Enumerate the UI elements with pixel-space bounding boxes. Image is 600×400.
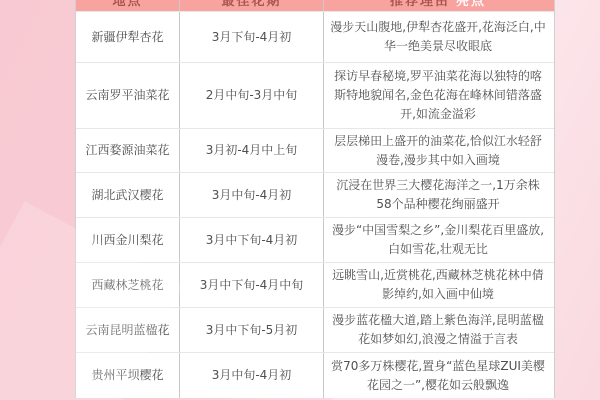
cell-period: 3月中下旬-4月中旬: [180, 263, 324, 307]
table-header-row: 地点 最佳花期 推荐理由 亮点: [76, 0, 554, 11]
cell-period: 3月初-4月中上旬: [180, 129, 324, 172]
cell-period: 3月下旬-4月初: [180, 12, 324, 62]
table-row: 新疆伊犁杏花 3月下旬-4月初 漫步天山腹地,伊犁杏花盛开,花海泛白,中华一绝美…: [76, 11, 554, 62]
flower-viewing-table: 地点 最佳花期 推荐理由 亮点 新疆伊犁杏花 3月下旬-4月初 漫步天山腹地,伊…: [75, 0, 555, 398]
cell-period: 3月中下旬-5月初: [180, 308, 324, 352]
cell-description: 漫步天山腹地,伊犁杏花盛开,花海泛白,中华一绝美景尽收眼底: [324, 12, 552, 62]
header-highlights-accent: 亮点: [456, 0, 486, 9]
cell-period: 3月中下旬-4月初: [180, 218, 324, 262]
table-row: 云南昆明蓝楹花 3月中下旬-5月初 漫步蓝花楹大道,踏上紫色海洋,昆明蓝楹花如梦…: [76, 307, 554, 352]
header-highlights-label: 推荐理由: [390, 0, 450, 9]
cell-location: 云南昆明蓝楹花: [76, 308, 180, 352]
cell-description: 漫步“中国雪梨之乡”,金川梨花百里盛放,白如雪花,壮观无比: [324, 218, 552, 262]
cell-location: 西藏林芝桃花: [76, 263, 180, 307]
cell-description: 层层梯田上盛开的油菜花,恰似江水轻舒漫卷,漫步其中如入画境: [324, 129, 552, 172]
header-best-period: 最佳花期: [180, 0, 324, 11]
cell-location: 新疆伊犁杏花: [76, 12, 180, 62]
cell-period: 2月中旬-3月中旬: [180, 63, 324, 128]
cell-location: 贵州平坝樱花: [76, 353, 180, 398]
header-location: 地点: [76, 0, 180, 11]
cell-location: 川西金川梨花: [76, 218, 180, 262]
header-highlights: 推荐理由 亮点: [324, 0, 552, 11]
table-row: 贵州平坝樱花 3月中旬-4月初 赏70多万株樱花,置身“蓝色星球ZUI美樱花园之…: [76, 352, 554, 398]
cell-location: 江西婺源油菜花: [76, 129, 180, 172]
cell-description: 漫步蓝花楹大道,踏上紫色海洋,昆明蓝楹花如梦如幻,浪漫之情溢于言表: [324, 308, 552, 352]
cell-description: 探访早春秘境,罗平油菜花海以独特的喀斯特地貌闻名,金色花海在峰林间错落盛开,如流…: [324, 63, 552, 128]
cell-description: 远眺雪山,近赏桃花,西藏林芝桃花林中倩影绰约,如入画中仙境: [324, 263, 552, 307]
cell-location: 湖北武汉樱花: [76, 173, 180, 217]
table-row: 湖北武汉樱花 3月中旬-4月初 沉浸在世界三大樱花海洋之一,1万余株58个品种樱…: [76, 172, 554, 217]
cell-period: 3月中旬-4月初: [180, 173, 324, 217]
cell-description: 赏70多万株樱花,置身“蓝色星球ZUI美樱花园之一”,樱花如云般飘逸: [324, 353, 552, 398]
table-row: 云南罗平油菜花 2月中旬-3月中旬 探访早春秘境,罗平油菜花海以独特的喀斯特地貌…: [76, 62, 554, 128]
cell-location: 云南罗平油菜花: [76, 63, 180, 128]
cell-period: 3月中旬-4月初: [180, 353, 324, 398]
table-body: 新疆伊犁杏花 3月下旬-4月初 漫步天山腹地,伊犁杏花盛开,花海泛白,中华一绝美…: [76, 11, 554, 398]
page-background: 地点 最佳花期 推荐理由 亮点 新疆伊犁杏花 3月下旬-4月初 漫步天山腹地,伊…: [0, 0, 600, 400]
table-row: 江西婺源油菜花 3月初-4月中上旬 层层梯田上盛开的油菜花,恰似江水轻舒漫卷,漫…: [76, 128, 554, 172]
table-row: 川西金川梨花 3月中下旬-4月初 漫步“中国雪梨之乡”,金川梨花百里盛放,白如雪…: [76, 217, 554, 262]
cell-description: 沉浸在世界三大樱花海洋之一,1万余株58个品种樱花绚丽盛开: [324, 173, 552, 217]
table-row: 西藏林芝桃花 3月中下旬-4月中旬 远眺雪山,近赏桃花,西藏林芝桃花林中倩影绰约…: [76, 262, 554, 307]
